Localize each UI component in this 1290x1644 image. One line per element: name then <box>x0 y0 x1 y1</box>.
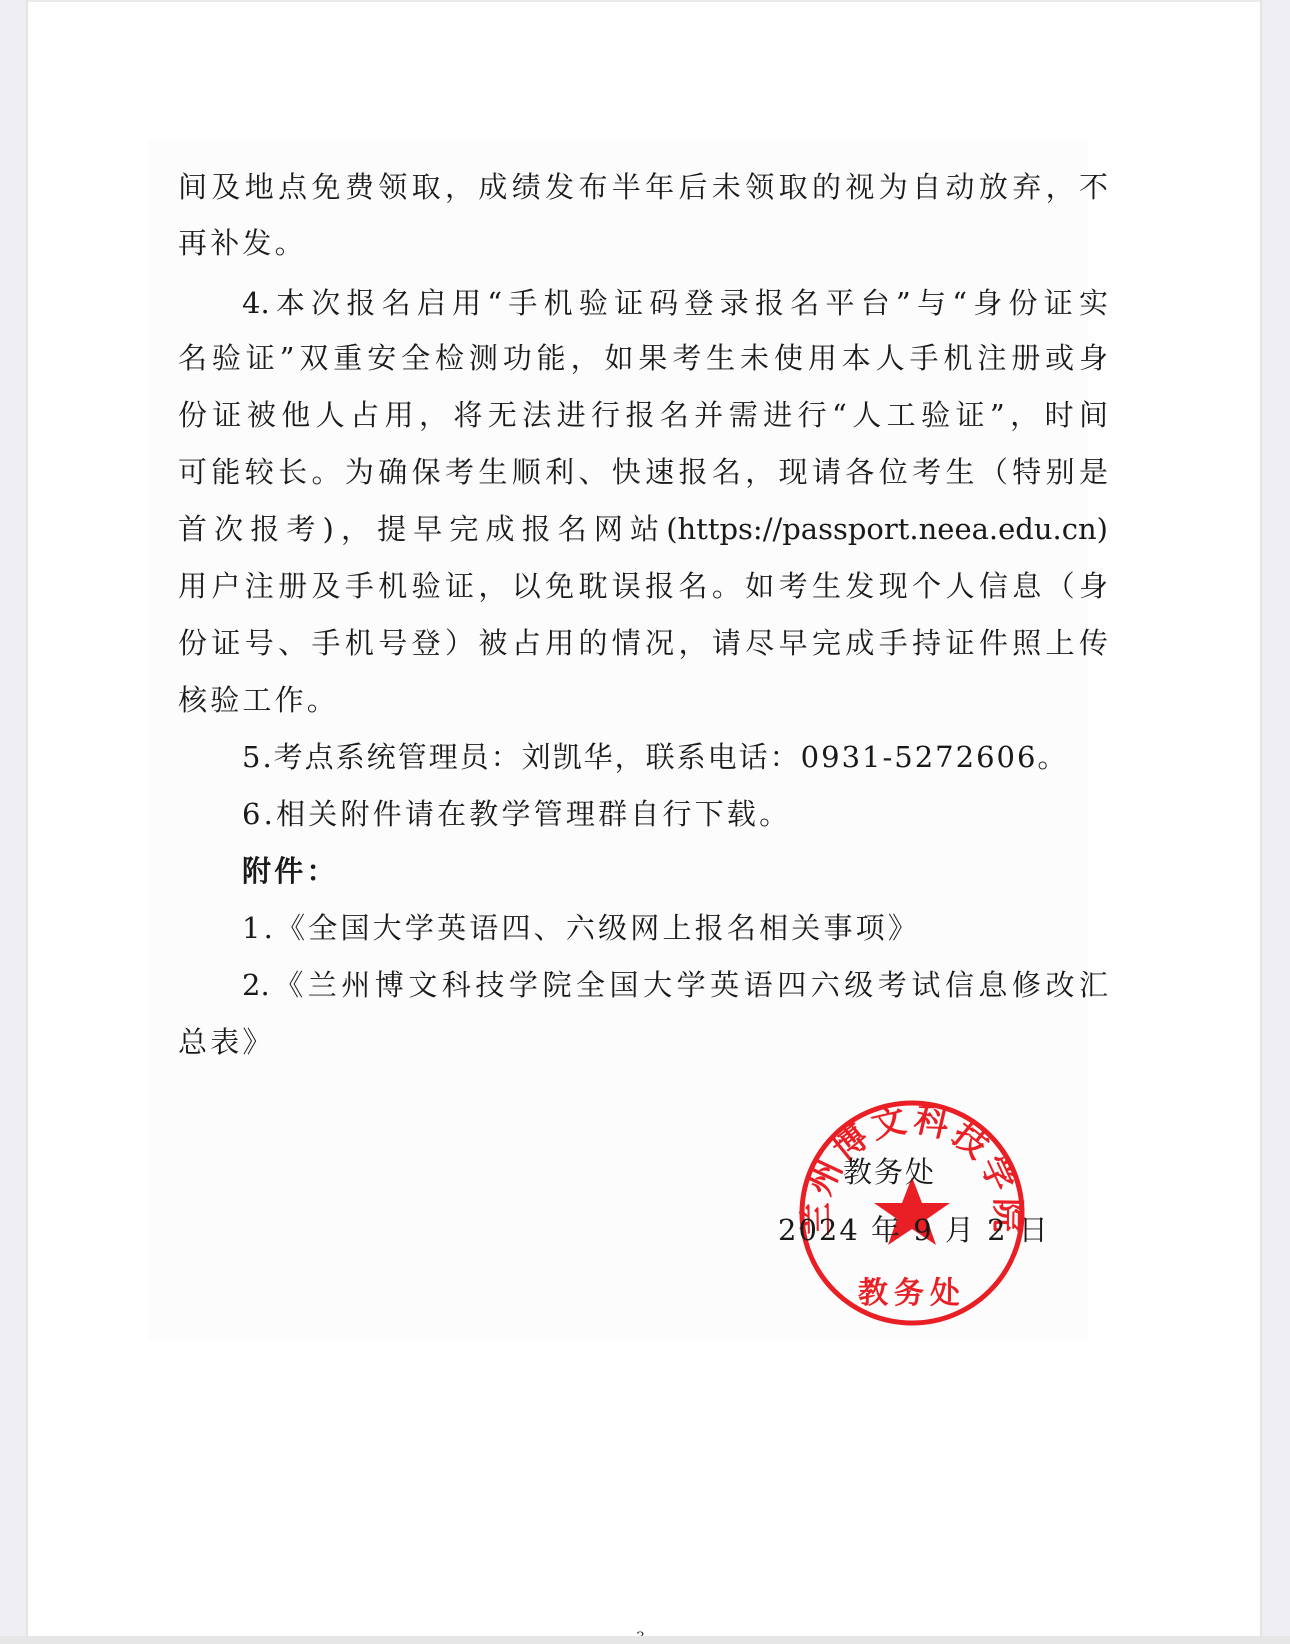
text-line: 再补发。 <box>178 223 307 263</box>
svg-text:教务处: 教务处 <box>858 1276 966 1311</box>
text-line: 份证被他人占用，将无法进行报名并需进行“人工验证”，时间 <box>178 395 1108 435</box>
text-line: 5.考点系统管理员：刘凯华，联系电话：0931-5272606。 <box>242 737 1068 777</box>
text-line: 4.本次报名启用“手机验证码登录报名平台”与“身份证实 <box>242 283 1108 323</box>
text-line: 间及地点免费领取，成绩发布半年后未领取的视为自动放弃，不 <box>178 167 1108 207</box>
text-line: 可能较长。为确保考生顺利、快速报名，现请各位考生（特别是 <box>178 452 1108 492</box>
text-line: 名验证”双重安全检测功能，如果考生未使用本人手机注册或身 <box>178 338 1108 378</box>
attachment-item: 总表》 <box>178 1022 275 1062</box>
text-line: 份证号、手机号登）被占用的情况，请尽早完成手持证件照上传 <box>178 623 1108 663</box>
text-line: 核验工作。 <box>178 680 339 720</box>
page-top-border <box>28 0 1260 2</box>
text-line: 首次报考)，提早完成报名网站(https://passport.neea.edu… <box>178 509 1108 549</box>
attachment-item: 2.《兰州博文科技学院全国大学英语四六级考试信息修改汇 <box>242 965 1108 1005</box>
signature-date: 2024 年 9 月 2 日 <box>778 1208 1050 1249</box>
signature-department: 教务处 <box>843 1150 936 1191</box>
text-line: 6.相关附件请在教学管理群自行下载。 <box>242 794 791 834</box>
attachment-heading: 附件： <box>242 851 339 891</box>
bottom-bar <box>0 1636 1290 1644</box>
attachment-item: 1.《全国大学英语四、六级网上报名相关事项》 <box>242 908 920 948</box>
text-line: 用户注册及手机验证，以免耽误报名。如考生发现个人信息（身 <box>178 566 1108 606</box>
